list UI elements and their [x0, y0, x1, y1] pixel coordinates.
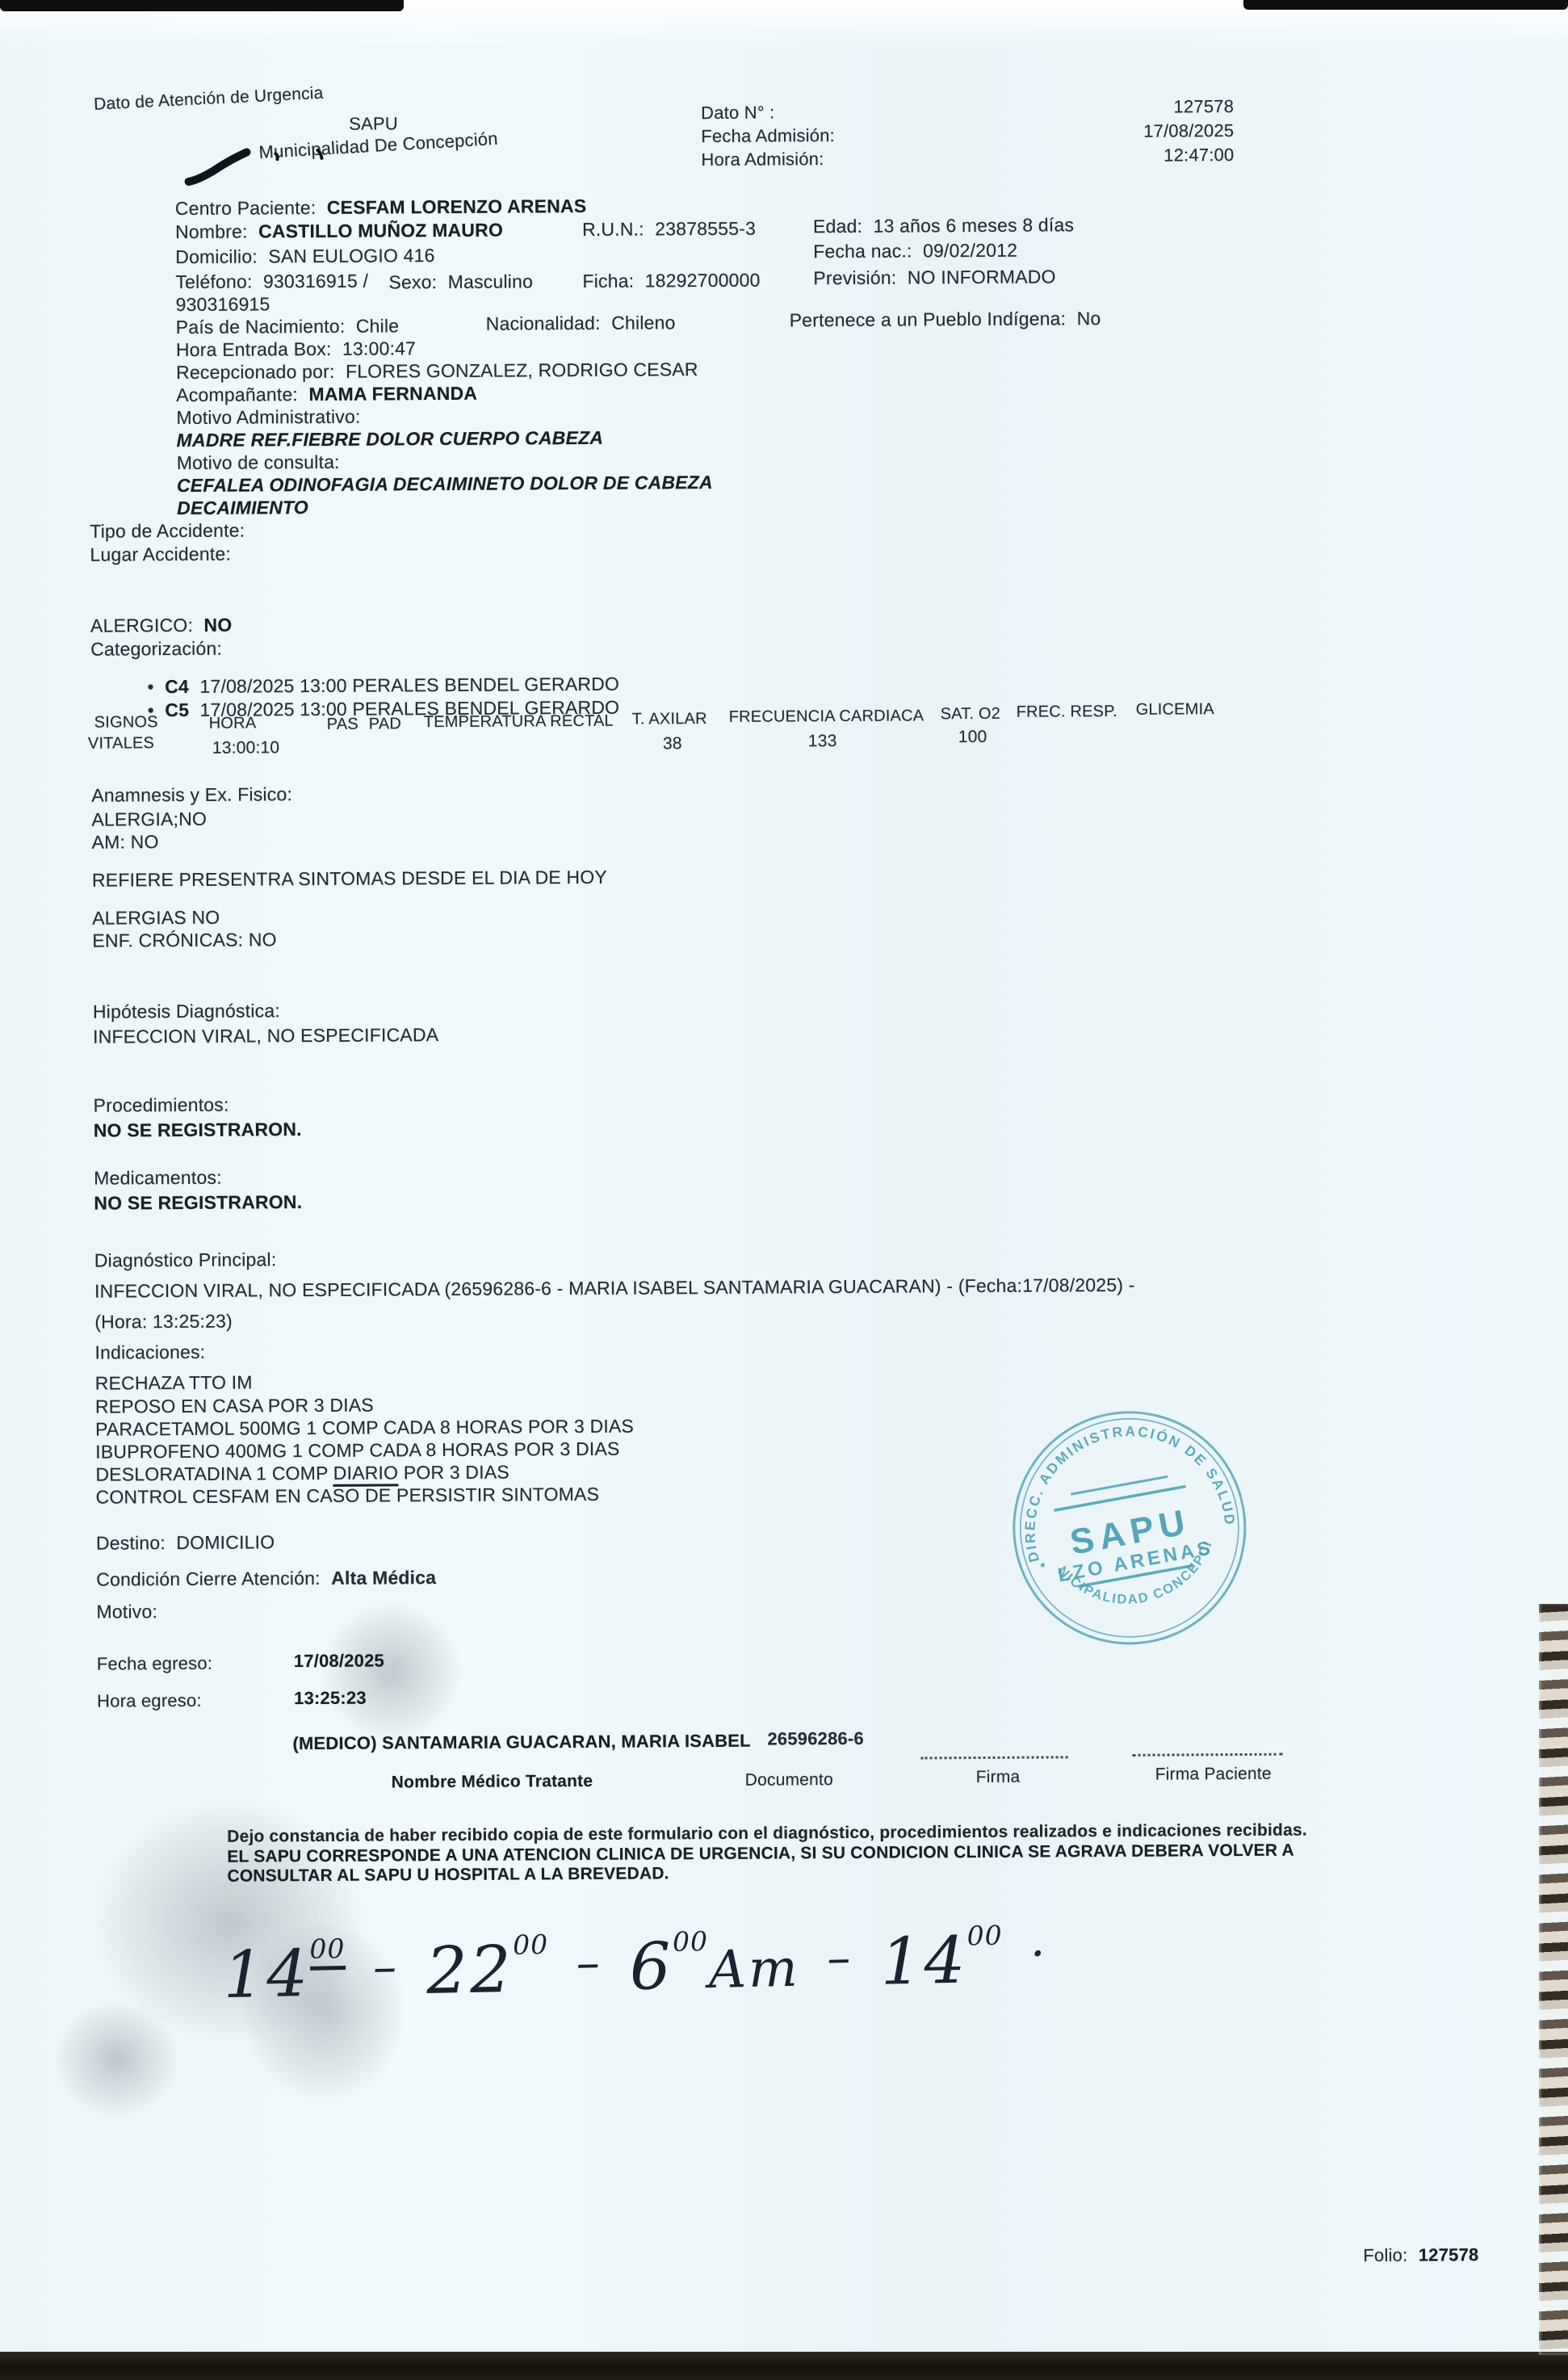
indicacion-line-desloratadina: DESLORATADINA 1 COMP DIARIO POR 3 DIAS: [95, 1462, 509, 1486]
motivo-consulta-line2: DECAIMIENTO: [177, 497, 308, 518]
document-content: Dato de Atención de Urgencia SAPU Munici…: [0, 0, 1568, 2380]
alergico-label: ALERGICO:: [90, 615, 193, 636]
categorizacion-item: • C4 17/08/2025 13:00 PERALES BENDEL GER…: [147, 674, 619, 699]
domicilio-label: Domicilio:: [175, 246, 258, 267]
hand-time-1: 1400: [222, 1935, 346, 2013]
diagnostico-principal-label: Diagnóstico Principal:: [94, 1249, 277, 1271]
indicacion-line: PARACETAMOL 500MG 1 COMP CADA 8 HORAS PO…: [95, 1416, 634, 1441]
telefono-label: Teléfono:: [175, 271, 252, 292]
diagnostico-principal-line1: INFECCION VIRAL, NO ESPECIFICADA (265962…: [94, 1274, 1135, 1303]
vitales-col-t-axilar: T. AXILAR: [632, 710, 707, 729]
pueblo-indigena-value: No: [1077, 308, 1101, 329]
svg-text:MUNICIPALIDAD CONCEPCIÓN: MUNICIPALIDAD CONCEPCIÓN: [988, 1387, 1224, 1628]
hipotesis-label: Hipótesis Diagnóstica:: [93, 1000, 280, 1022]
ficha-value: 18292700000: [645, 270, 761, 292]
dato-number-value: 127578: [1067, 96, 1234, 118]
recepcionado-label: Recepcionado por:: [176, 361, 335, 383]
col-firma-paciente: Firma Paciente: [1155, 1765, 1272, 1785]
fecha-nac-label: Fecha nac.:: [813, 240, 912, 262]
medico-nombre: (MEDICO) SANTAMARIA GUACARAN, MARIA ISAB…: [292, 1731, 750, 1754]
recepcionado-value: FLORES GONZALEZ, RODRIGO CESAR: [346, 359, 698, 382]
org-name: SAPU: [349, 113, 398, 134]
tipo-accidente-label: Tipo de Accidente:: [90, 520, 245, 543]
vitales-col-frec-resp: FREC. RESP.: [1017, 703, 1117, 722]
centro-paciente-value: CESFAM LORENZO ARENAS: [327, 195, 587, 218]
vitales-t-axilar-value: 38: [663, 734, 682, 753]
condicion-cierre-row: Condición Cierre Atención: Alta Médica: [96, 1567, 436, 1591]
col-documento: Documento: [745, 1770, 833, 1790]
bullet-icon: •: [147, 676, 153, 697]
acompanante-value: MAMA FERNANDA: [308, 383, 477, 405]
fecha-egreso-label: Fecha egreso:: [97, 1653, 212, 1675]
col-nombre-medico: Nombre Médico Tratante: [392, 1772, 593, 1793]
lugar-accidente-label: Lugar Accidente:: [90, 544, 231, 566]
anamnesis-line: ALERGIA;NO: [91, 808, 207, 831]
vitales-col-glicemia: GLICEMIA: [1136, 700, 1214, 720]
nacionalidad-label: Nacionalidad:: [486, 313, 601, 334]
procedimientos-label: Procedimientos:: [94, 1094, 229, 1117]
run-value: 23878555-3: [655, 218, 756, 240]
vitales-col-sat-o2: SAT. O2: [941, 705, 1001, 724]
motivo-consulta-line1: CEFALEA ODINOFAGIA DECAIMINETO DOLOR DE …: [177, 472, 713, 496]
fecha-egreso-value: 17/08/2025: [294, 1650, 384, 1672]
document-type-title: Dato de Atención de Urgencia: [94, 84, 324, 115]
vitales-sat-o2-value: 100: [958, 728, 987, 747]
vitales-col-hora: HORA: [209, 714, 257, 732]
deslo-pre: DESLORATADINA 1 COMP: [95, 1463, 333, 1485]
vitales-row-label: SIGNOS: [94, 713, 158, 732]
vitales-hora-value: 13:00:10: [212, 738, 280, 758]
vitales-col-pad: PAD: [369, 715, 401, 733]
domicilio-value: SAN EULOGIO 416: [268, 245, 434, 267]
hand-time-2: 2200: [426, 1931, 550, 2009]
folio-label: Folio:: [1363, 2245, 1407, 2265]
prevision-value: NO INFORMADO: [908, 266, 1056, 288]
fecha-admision-label: Fecha Admisión:: [701, 125, 835, 147]
folio-row: Folio: 127578: [1363, 2244, 1478, 2266]
scanned-document-page: Dato de Atención de Urgencia SAPU Munici…: [0, 0, 1568, 2380]
motivo-cierre-label: Motivo:: [96, 1601, 157, 1622]
hora-admision-label: Hora Admisión:: [701, 149, 824, 170]
procedimientos-value: NO SE REGISTRARON.: [94, 1119, 302, 1142]
pais-nacimiento-label: País de Nacimiento:: [176, 316, 346, 338]
hand-time-3: 600Am: [629, 1926, 801, 2004]
sapu-rubber-stamp: DIRECC. ADMINISTRACIÓN DE SALUD MUNICIPA…: [988, 1387, 1270, 1669]
ficha-label: Ficha:: [582, 271, 634, 292]
handwritten-shift-times: 1400–2200–600Am–1400·: [222, 1918, 1075, 2013]
categoria-text: 17/08/2025 13:00 PERALES BENDEL GERARDO: [199, 674, 619, 697]
hora-egreso-value: 13:25:23: [294, 1688, 367, 1710]
hand-dash: –: [576, 1935, 602, 1991]
fecha-nac-value: 09/02/2012: [923, 240, 1017, 262]
destino-row: Destino: DOMICILIO: [96, 1531, 275, 1554]
hand-tail-dot: ·: [1029, 1926, 1048, 1981]
deslo-post: POR 3 DIAS: [398, 1462, 509, 1484]
dato-number-label: Dato N° :: [701, 103, 774, 124]
categorizacion-label: Categorización:: [90, 638, 222, 661]
fecha-admision-value: 17/08/2025: [1067, 120, 1234, 142]
hora-egreso-label: Hora egreso:: [97, 1690, 202, 1712]
nombre-label: Nombre:: [175, 220, 248, 242]
anamnesis-alergias: ALERGIAS NO: [92, 907, 220, 930]
categoria-code: C4: [165, 676, 189, 697]
telefono-value: 930316915 /: [263, 271, 368, 292]
hora-admision-value: 12:47:00: [1067, 145, 1234, 166]
run-label: R.U.N.:: [582, 218, 644, 239]
patient-info-block: Centro Paciente: CESFAM LORENZO ARENAS N…: [88, 190, 1527, 522]
alergico-value: NO: [203, 615, 232, 636]
indicacion-line: RECHAZA TTO IM: [95, 1371, 253, 1394]
hipotesis-value: INFECCION VIRAL, NO ESPECIFICADA: [93, 1024, 438, 1048]
medico-documento: 26596286-6: [767, 1728, 864, 1750]
sexo-value: Masculino: [448, 271, 534, 292]
medicamentos-label: Medicamentos:: [94, 1167, 222, 1190]
motivo-consulta-label: Motivo de consulta:: [177, 451, 340, 473]
edad-value: 13 años 6 meses 8 días: [873, 214, 1074, 237]
anamnesis-title: Anamnesis y Ex. Fisico:: [91, 783, 292, 807]
sexo-label: Sexo:: [388, 271, 437, 292]
vitales-col-temp-rectal: TEMPERATURA RECTAL: [424, 712, 614, 732]
destino-label: Destino:: [96, 1532, 166, 1554]
anamnesis-refiere: REFIERE PRESENTRA SINTOMAS DESDE EL DIA …: [92, 867, 607, 892]
destino-value: DOMICILIO: [176, 1531, 275, 1553]
deslo-underlined-word: DIARIO: [333, 1462, 399, 1486]
edad-label: Edad:: [813, 216, 862, 237]
hand-dash: –: [372, 1939, 399, 1995]
acompanante-label: Acompañante:: [176, 384, 298, 405]
motivo-administrativo-label: Motivo Administrativo:: [176, 406, 360, 428]
firma-dotted-line: [921, 1756, 1068, 1759]
stamp-arc-bottom-text: MUNICIPALIDAD CONCEPCIÓN: [988, 1387, 1224, 1628]
vitales-frec-cardiaca-value: 133: [808, 732, 837, 751]
nacionalidad-value: Chileno: [611, 312, 676, 333]
handwritten-checkmark: [182, 141, 351, 191]
telefono-value2: 930316915: [175, 293, 270, 315]
nombre-value: CASTILLO MUÑOZ MAURO: [258, 220, 503, 242]
hora-entrada-box-label: Hora Entrada Box:: [176, 338, 332, 360]
vitales-col-frec-cardiaca: FRECUENCIA CARDIACA: [729, 707, 924, 726]
pueblo-indigena-label: Pertenece a un Pueblo Indígena:: [790, 308, 1067, 330]
condicion-cierre-label: Condición Cierre Atención:: [96, 1568, 321, 1590]
prevision-label: Previsión:: [813, 267, 896, 289]
indicaciones-label: Indicaciones:: [94, 1341, 205, 1364]
motivo-administrativo-value: MADRE REF.FIEBRE DOLOR CUERPO CABEZA: [177, 427, 604, 451]
condicion-cierre-value: Alta Médica: [331, 1567, 436, 1589]
categoria-code: C5: [165, 699, 189, 720]
hand-time-4: 1400: [880, 1922, 1004, 2000]
folio-value: 127578: [1419, 2244, 1479, 2265]
col-firma: Firma: [976, 1768, 1021, 1787]
vitales-col-pas: PAS: [327, 716, 358, 734]
hora-entrada-box-value: 13:00:47: [342, 338, 416, 359]
alergico-row: ALERGICO: NO: [90, 615, 233, 637]
medicamentos-value: NO SE REGISTRARON.: [94, 1191, 302, 1215]
indicacion-line: REPOSO EN CASA POR 3 DIAS: [95, 1395, 374, 1418]
pais-nacimiento-value: Chile: [356, 315, 400, 336]
hand-dash: –: [827, 1929, 853, 1985]
constancia-line3: CONSULTAR AL SAPU U HOSPITAL A LA BREVED…: [227, 1864, 669, 1886]
vitales-row-label: VITALES: [88, 734, 154, 753]
anamnesis-cronicas: ENF. CRÓNICAS: NO: [92, 929, 276, 951]
diagnostico-principal-line2: (Hora: 13:25:23): [94, 1311, 233, 1333]
anamnesis-line: AM: NO: [92, 831, 159, 854]
indicacion-line: CONTROL CESFAM EN CASO DE PERSISTIR SINT…: [96, 1484, 600, 1509]
centro-paciente-label: Centro Paciente:: [175, 197, 317, 219]
firma-paciente-dotted-line: [1133, 1753, 1283, 1757]
indicacion-line: IBUPROFENO 400MG 1 COMP CADA 8 HORAS POR…: [95, 1438, 619, 1463]
